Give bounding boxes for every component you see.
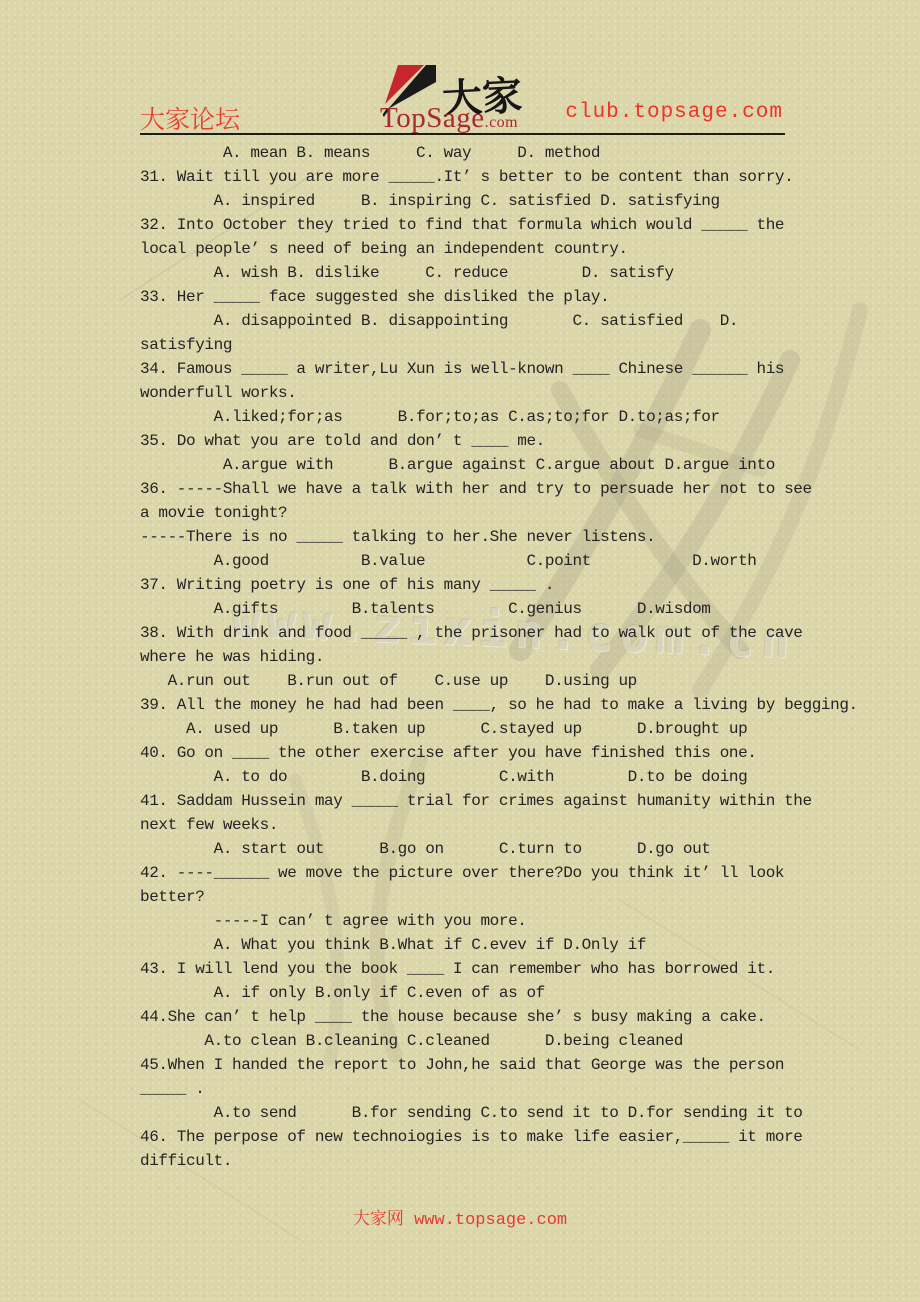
site-url: club.topsage.com [565, 101, 783, 124]
logo-brand-suffix: .com [485, 114, 519, 131]
logo-brand-name: TopSage [380, 102, 485, 134]
document-page: www.zixin.com.cn 大家论坛 club.topsage.com 大… [0, 0, 920, 1302]
topsage-logo: 大家 TopSage.com [380, 62, 550, 136]
page-footer: 大家网 www.topsage.com [0, 1204, 920, 1230]
logo-brand-text: TopSage.com [380, 102, 518, 135]
page-header: 大家论坛 club.topsage.com 大家 TopSage.com [0, 0, 920, 1302]
header-divider [140, 133, 785, 135]
forum-name: 大家论坛 [140, 100, 240, 136]
